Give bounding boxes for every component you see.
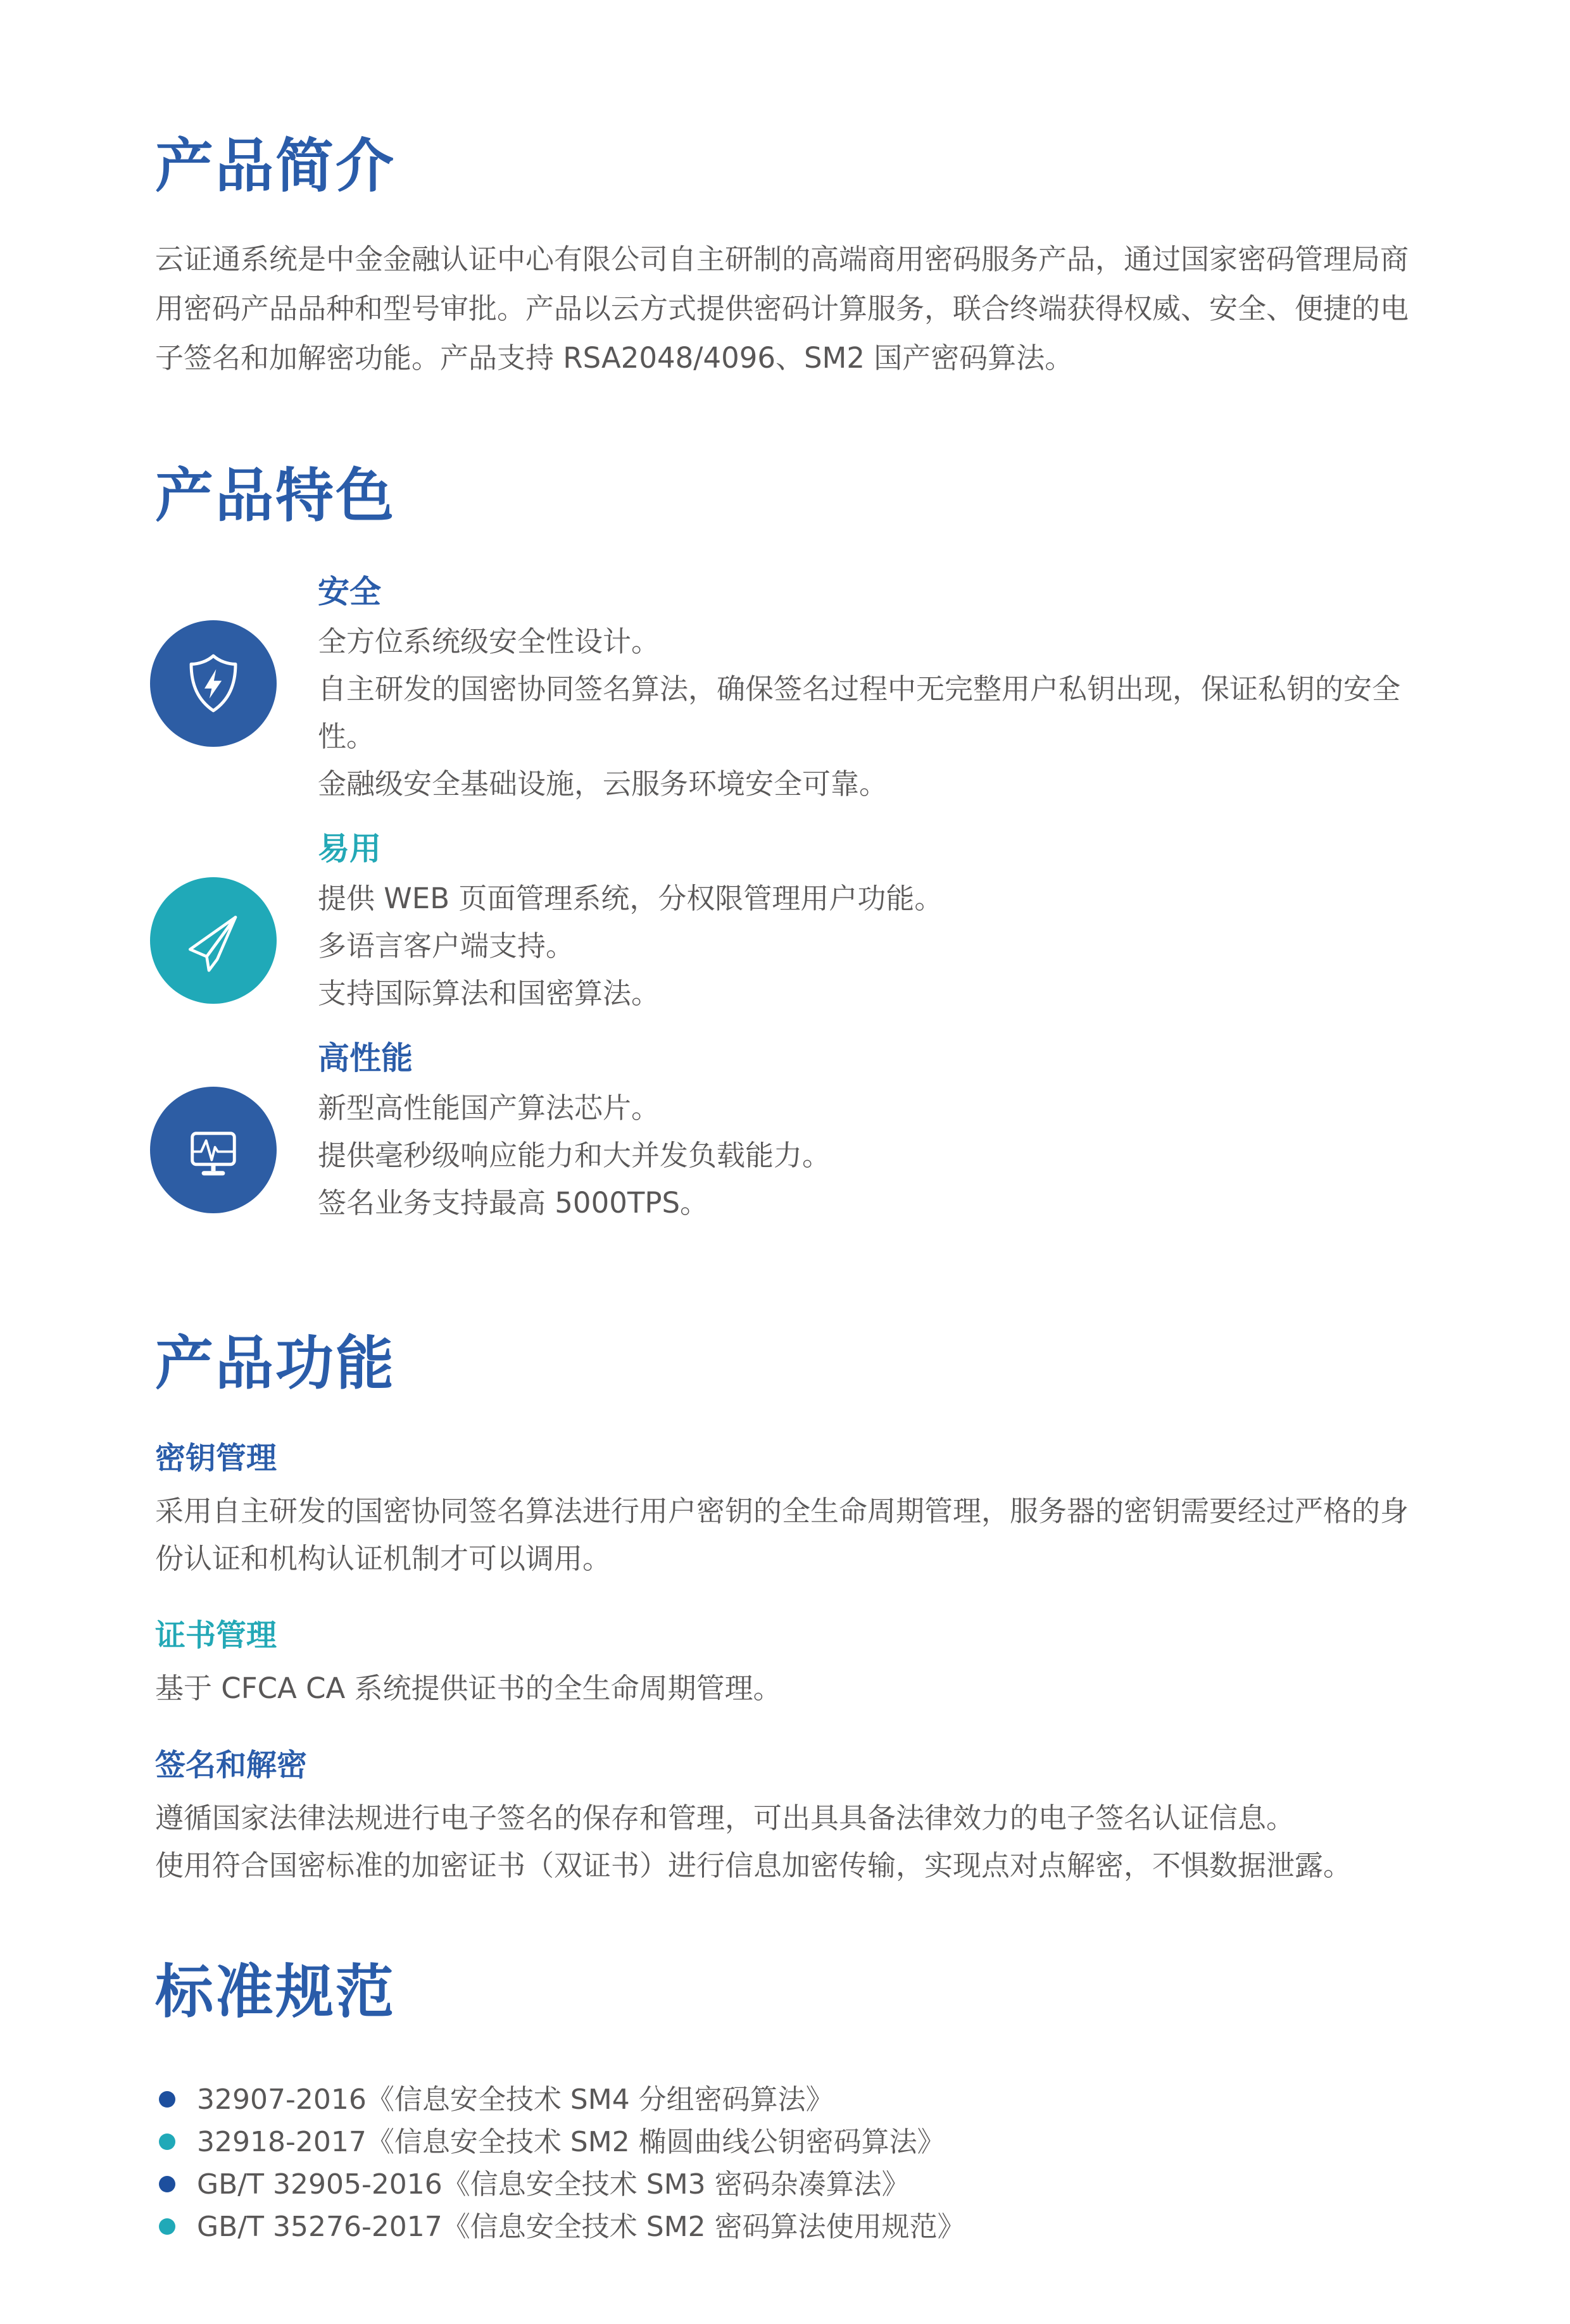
standards-list: 32907-2016《信息安全技术 SM4 分组密码算法》 32918-2017… [155,2078,1419,2248]
function-text: 使用符合国密标准的加密证书（双证书）进行信息加密传输，实现点对点解密，不惧数据泄… [155,1842,1419,1889]
function-title-key-management: 密钥管理 [155,1439,1419,1477]
function-title-certificate-management: 证书管理 [155,1616,1419,1654]
section-intro: 产品简介 云证通系统是中金金融认证中心有限公司自主研制的高端商用密码服务产品，通… [155,134,1419,383]
intro-title: 产品简介 [155,134,1419,198]
standard-item: 32907-2016《信息安全技术 SM4 分组密码算法》 [159,2078,1419,2121]
standards-title: 标准规范 [155,1960,1419,2024]
feature-line: 提供 WEB 页面管理系统，分权限管理用户功能。 [318,875,1419,922]
section-features: 产品特色 安全 全方位系统级安全性设计。 自主研发的国密协同签名算法，确保签名过… [155,464,1419,1227]
feature-line: 支持国际算法和国密算法。 [318,970,1419,1017]
functions-title: 产品功能 [155,1332,1419,1396]
document-page: 产品简介 云证通系统是中金金融认证中心有限公司自主研制的高端商用密码服务产品，通… [0,0,1570,2324]
feature-title-easy-use: 易用 [318,829,1419,868]
intro-paragraph: 云证通系统是中金金融认证中心有限公司自主研制的高端商用密码服务产品，通过国家密码… [155,235,1419,383]
feature-easy-use: 易用 提供 WEB 页面管理系统，分权限管理用户功能。 多语言客户端支持。 支持… [155,829,1419,1017]
bullet-dot [159,2133,175,2150]
feature-line: 新型高性能国产算法芯片。 [318,1084,1419,1132]
standard-item: GB/T 32905-2016《信息安全技术 SM3 密码杂凑算法》 [159,2163,1419,2206]
standard-item: GB/T 35276-2017《信息安全技术 SM2 密码算法使用规范》 [159,2206,1419,2248]
feature-title-performance: 高性能 [318,1039,1419,1078]
section-standards: 标准规范 32907-2016《信息安全技术 SM4 分组密码算法》 32918… [155,1960,1419,2248]
feature-title-security: 安全 [318,572,1419,611]
features-title: 产品特色 [155,464,1419,528]
standard-text: 32918-2017《信息安全技术 SM2 椭圆曲线公钥密码算法》 [197,2121,945,2163]
feature-line: 金融级安全基础设施，云服务环境安全可靠。 [318,760,1419,808]
function-block-sign-decrypt: 签名和解密 遵循国家法律法规进行电子签名的保存和管理，可出具具备法律效力的电子签… [155,1746,1419,1889]
feature-line: 自主研发的国密协同签名算法，确保签名过程中无完整用户私钥出现，保证私钥的安全性。 [318,665,1419,760]
standard-text: 32907-2016《信息安全技术 SM4 分组密码算法》 [197,2078,834,2121]
function-text: 采用自主研发的国密协同签名算法进行用户密钥的全生命周期管理，服务器的密钥需要经过… [155,1487,1419,1582]
function-text: 基于 CFCA CA 系统提供证书的全生命周期管理。 [155,1665,1419,1712]
monitor-pulse-icon [150,1087,277,1213]
feature-performance: 高性能 新型高性能国产算法芯片。 提供毫秒级响应能力和大并发负载能力。 签名业务… [155,1039,1419,1227]
feature-line: 签名业务支持最高 5000TPS。 [318,1179,1419,1227]
paper-plane-icon [150,877,277,1004]
bullet-dot [159,2218,175,2235]
function-title-sign-decrypt: 签名和解密 [155,1746,1419,1784]
standard-item: 32918-2017《信息安全技术 SM2 椭圆曲线公钥密码算法》 [159,2121,1419,2163]
bullet-dot [159,2091,175,2108]
feature-line: 多语言客户端支持。 [318,922,1419,970]
feature-line: 提供毫秒级响应能力和大并发负载能力。 [318,1132,1419,1179]
shield-bolt-icon [150,620,277,747]
section-functions: 产品功能 密钥管理 采用自主研发的国密协同签名算法进行用户密钥的全生命周期管理，… [155,1332,1419,1889]
function-block-certificate-management: 证书管理 基于 CFCA CA 系统提供证书的全生命周期管理。 [155,1616,1419,1712]
bullet-dot [159,2176,175,2192]
function-block-key-management: 密钥管理 采用自主研发的国密协同签名算法进行用户密钥的全生命周期管理，服务器的密… [155,1439,1419,1582]
standard-text: GB/T 32905-2016《信息安全技术 SM3 密码杂凑算法》 [197,2163,910,2206]
feature-line: 全方位系统级安全性设计。 [318,618,1419,665]
standard-text: GB/T 35276-2017《信息安全技术 SM2 密码算法使用规范》 [197,2206,965,2248]
feature-security: 安全 全方位系统级安全性设计。 自主研发的国密协同签名算法，确保签名过程中无完整… [155,572,1419,808]
function-text: 遵循国家法律法规进行电子签名的保存和管理，可出具具备法律效力的电子签名认证信息。 [155,1794,1419,1842]
